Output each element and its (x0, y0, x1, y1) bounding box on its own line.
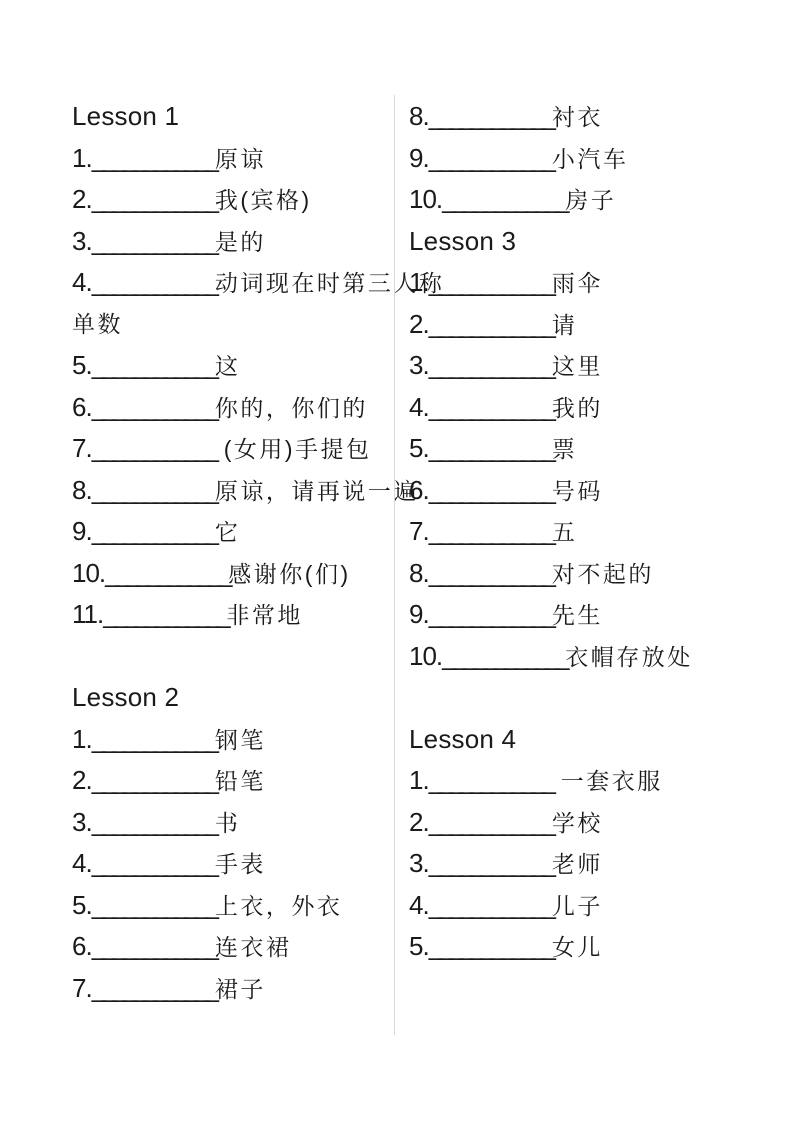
item-number: 2. (409, 309, 429, 339)
item-number: 5. (409, 931, 429, 961)
vocab-item: 5.____________这 (72, 345, 367, 387)
item-number: 1. (72, 724, 92, 754)
item-number: 10. (72, 558, 105, 588)
vocab-item: 2.____________我(宾格) (72, 179, 367, 221)
chinese-meaning: 学校 (552, 810, 603, 836)
chinese-meaning: 裙子 (215, 976, 266, 1002)
chinese-meaning: 是的 (215, 229, 266, 255)
chinese-meaning: 请 (552, 312, 578, 338)
fill-in-blank: ____________ (92, 143, 215, 173)
vocab-item: 8.____________衬衣 (409, 96, 753, 138)
vocab-item: 3.____________老师 (409, 843, 753, 885)
fill-in-blank: ____________ (92, 475, 215, 505)
fill-in-blank: ____________ (429, 350, 552, 380)
item-number: 2. (72, 765, 92, 795)
fill-in-blank: ____________ (92, 184, 215, 214)
vocab-item: 2.____________铅笔 (72, 760, 367, 802)
chinese-meaning: 房子 (565, 187, 616, 213)
chinese-meaning: 它 (215, 519, 241, 545)
vocab-item: 5.____________女儿 (409, 926, 753, 968)
vocab-item: 1.____________钢笔 (72, 719, 367, 761)
fill-in-blank: ____________ (429, 807, 552, 837)
fill-in-blank: ____________ (103, 599, 226, 629)
vocab-item: 9.____________先生 (409, 594, 753, 636)
chinese-meaning: 雨伞 (552, 270, 603, 296)
fill-in-blank: ____________ (429, 848, 552, 878)
item-number: 8. (409, 558, 429, 588)
vocab-item: 2.____________学校 (409, 802, 753, 844)
chinese-meaning: 感谢你(们) (228, 561, 350, 587)
item-number: 8. (72, 475, 92, 505)
item-number: 7. (72, 973, 92, 1003)
item-number: 1. (72, 143, 92, 173)
fill-in-blank: ____________ (429, 392, 552, 422)
vocab-item: 4.____________手表 (72, 843, 367, 885)
fill-in-blank: ____________ (92, 724, 215, 754)
fill-in-blank: ____________ (429, 516, 552, 546)
vocab-item: 6.____________号码 (409, 470, 753, 512)
item-number: 10. (409, 641, 442, 671)
vocab-item: 9.____________小汽车 (409, 138, 753, 180)
chinese-meaning: 你的，你们的 (215, 395, 368, 421)
item-number: 3. (72, 807, 92, 837)
item-number: 6. (72, 931, 92, 961)
item-number: 6. (409, 475, 429, 505)
vocab-item: 8.____________原谅，请再说一遍 (72, 470, 367, 512)
item-number: 1. (409, 765, 429, 795)
fill-in-blank: ____________ (92, 226, 215, 256)
chinese-meaning: 这里 (552, 353, 603, 379)
chinese-meaning: (女用)手提包 (215, 436, 372, 462)
chinese-meaning: 小汽车 (552, 146, 629, 172)
item-number: 10. (409, 184, 442, 214)
chinese-meaning: 书 (215, 810, 241, 836)
item-number: 5. (409, 433, 429, 463)
vocab-item: 4.____________我的 (409, 387, 753, 429)
item-number: 9. (409, 599, 429, 629)
vocab-item: 5.____________上衣，外衣 (72, 885, 367, 927)
item-number: 4. (409, 890, 429, 920)
chinese-meaning: 我的 (552, 395, 603, 421)
document-page: Lesson 11.____________原谅2.____________我(… (0, 0, 793, 1122)
vocab-item: 4.____________动词现在时第三人称 (72, 262, 367, 304)
fill-in-blank: ____________ (429, 765, 552, 795)
chinese-meaning: 对不起的 (552, 561, 654, 587)
wrapped-text-line: 单数 (72, 304, 367, 346)
chinese-meaning: 票 (552, 436, 578, 462)
chinese-meaning: 连衣裙 (215, 934, 292, 960)
chinese-meaning: 号码 (552, 478, 603, 504)
vocab-item: 11.____________非常地 (72, 594, 367, 636)
vocab-item: 7.____________五 (409, 511, 753, 553)
chinese-meaning: 手表 (215, 851, 266, 877)
column-right: 8.____________衬衣9.____________小汽车10.____… (395, 96, 753, 1009)
fill-in-blank: ____________ (429, 143, 552, 173)
item-number: 4. (72, 267, 92, 297)
chinese-meaning: 非常地 (226, 602, 303, 628)
chinese-meaning: 我(宾格) (215, 187, 312, 213)
fill-in-blank: ____________ (429, 599, 552, 629)
vocab-item: 3.____________书 (72, 802, 367, 844)
fill-in-blank: ____________ (92, 931, 215, 961)
vocab-item: 3.____________是的 (72, 221, 367, 263)
vocab-item: 1.____________雨伞 (409, 262, 753, 304)
item-number: 3. (409, 350, 429, 380)
fill-in-blank: ____________ (429, 558, 552, 588)
fill-in-blank: ____________ (429, 890, 552, 920)
fill-in-blank: ____________ (429, 475, 552, 505)
vocab-item: 10.____________衣帽存放处 (409, 636, 753, 678)
vocab-item: 6.____________你的，你们的 (72, 387, 367, 429)
fill-in-blank: ____________ (92, 973, 215, 1003)
fill-in-blank: ____________ (92, 807, 215, 837)
vocab-item: 9.____________它 (72, 511, 367, 553)
chinese-meaning: 衣帽存放处 (565, 644, 693, 670)
two-column-layout: Lesson 11.____________原谅2.____________我(… (0, 0, 793, 1009)
fill-in-blank: ____________ (92, 848, 215, 878)
lesson-heading: Lesson 1 (72, 96, 367, 138)
item-number: 5. (72, 890, 92, 920)
fill-in-blank: ____________ (442, 641, 565, 671)
fill-in-blank: ____________ (92, 392, 215, 422)
fill-in-blank: ____________ (92, 890, 215, 920)
chinese-meaning: 单数 (72, 311, 123, 337)
chinese-meaning: 老师 (552, 851, 603, 877)
fill-in-blank: ____________ (92, 765, 215, 795)
item-number: 8. (409, 101, 429, 131)
fill-in-blank: ____________ (92, 350, 215, 380)
chinese-meaning: 原谅，请再说一遍 (215, 478, 419, 504)
item-number: 2. (409, 807, 429, 837)
vocab-item: 2.____________请 (409, 304, 753, 346)
fill-in-blank: ____________ (92, 516, 215, 546)
blank-line (409, 677, 753, 719)
fill-in-blank: ____________ (442, 184, 565, 214)
lesson-heading: Lesson 4 (409, 719, 753, 761)
fill-in-blank: ____________ (429, 101, 552, 131)
vocab-item: 10.____________感谢你(们) (72, 553, 367, 595)
chinese-meaning: 铅笔 (215, 768, 266, 794)
vocab-item: 10.____________房子 (409, 179, 753, 221)
vocab-item: 5.____________票 (409, 428, 753, 470)
column-divider (394, 95, 395, 1035)
lesson-heading: Lesson 2 (72, 677, 367, 719)
vocab-item: 3.____________这里 (409, 345, 753, 387)
vocab-item: 8.____________对不起的 (409, 553, 753, 595)
chinese-meaning: 女儿 (552, 934, 603, 960)
lesson-heading: Lesson 3 (409, 221, 753, 263)
vocab-item: 1.____________ 一套衣服 (409, 760, 753, 802)
fill-in-blank: ____________ (105, 558, 228, 588)
item-number: 3. (72, 226, 92, 256)
vocab-item: 1.____________原谅 (72, 138, 367, 180)
fill-in-blank: ____________ (429, 433, 552, 463)
fill-in-blank: ____________ (429, 267, 552, 297)
item-number: 1. (409, 267, 429, 297)
item-number: 6. (72, 392, 92, 422)
chinese-meaning: 衬衣 (552, 104, 603, 130)
vocab-item: 7.____________ (女用)手提包 (72, 428, 367, 470)
item-number: 11. (72, 599, 103, 629)
fill-in-blank: ____________ (92, 267, 215, 297)
fill-in-blank: ____________ (92, 433, 215, 463)
vocab-item: 7.____________裙子 (72, 968, 367, 1010)
blank-line (72, 636, 367, 678)
item-number: 2. (72, 184, 92, 214)
chinese-meaning: 钢笔 (215, 727, 266, 753)
chinese-meaning: 上衣，外衣 (215, 893, 343, 919)
vocab-item: 6.____________连衣裙 (72, 926, 367, 968)
item-number: 9. (72, 516, 92, 546)
fill-in-blank: ____________ (429, 931, 552, 961)
item-number: 4. (72, 848, 92, 878)
item-number: 3. (409, 848, 429, 878)
item-number: 7. (72, 433, 92, 463)
chinese-meaning: 一套衣服 (552, 768, 663, 794)
item-number: 4. (409, 392, 429, 422)
vocab-item: 4.____________儿子 (409, 885, 753, 927)
item-number: 7. (409, 516, 429, 546)
item-number: 5. (72, 350, 92, 380)
chinese-meaning: 这 (215, 353, 241, 379)
chinese-meaning: 原谅 (215, 146, 266, 172)
column-left: Lesson 11.____________原谅2.____________我(… (72, 96, 395, 1009)
chinese-meaning: 先生 (552, 602, 603, 628)
fill-in-blank: ____________ (429, 309, 552, 339)
chinese-meaning: 儿子 (552, 893, 603, 919)
item-number: 9. (409, 143, 429, 173)
chinese-meaning: 五 (552, 519, 578, 545)
